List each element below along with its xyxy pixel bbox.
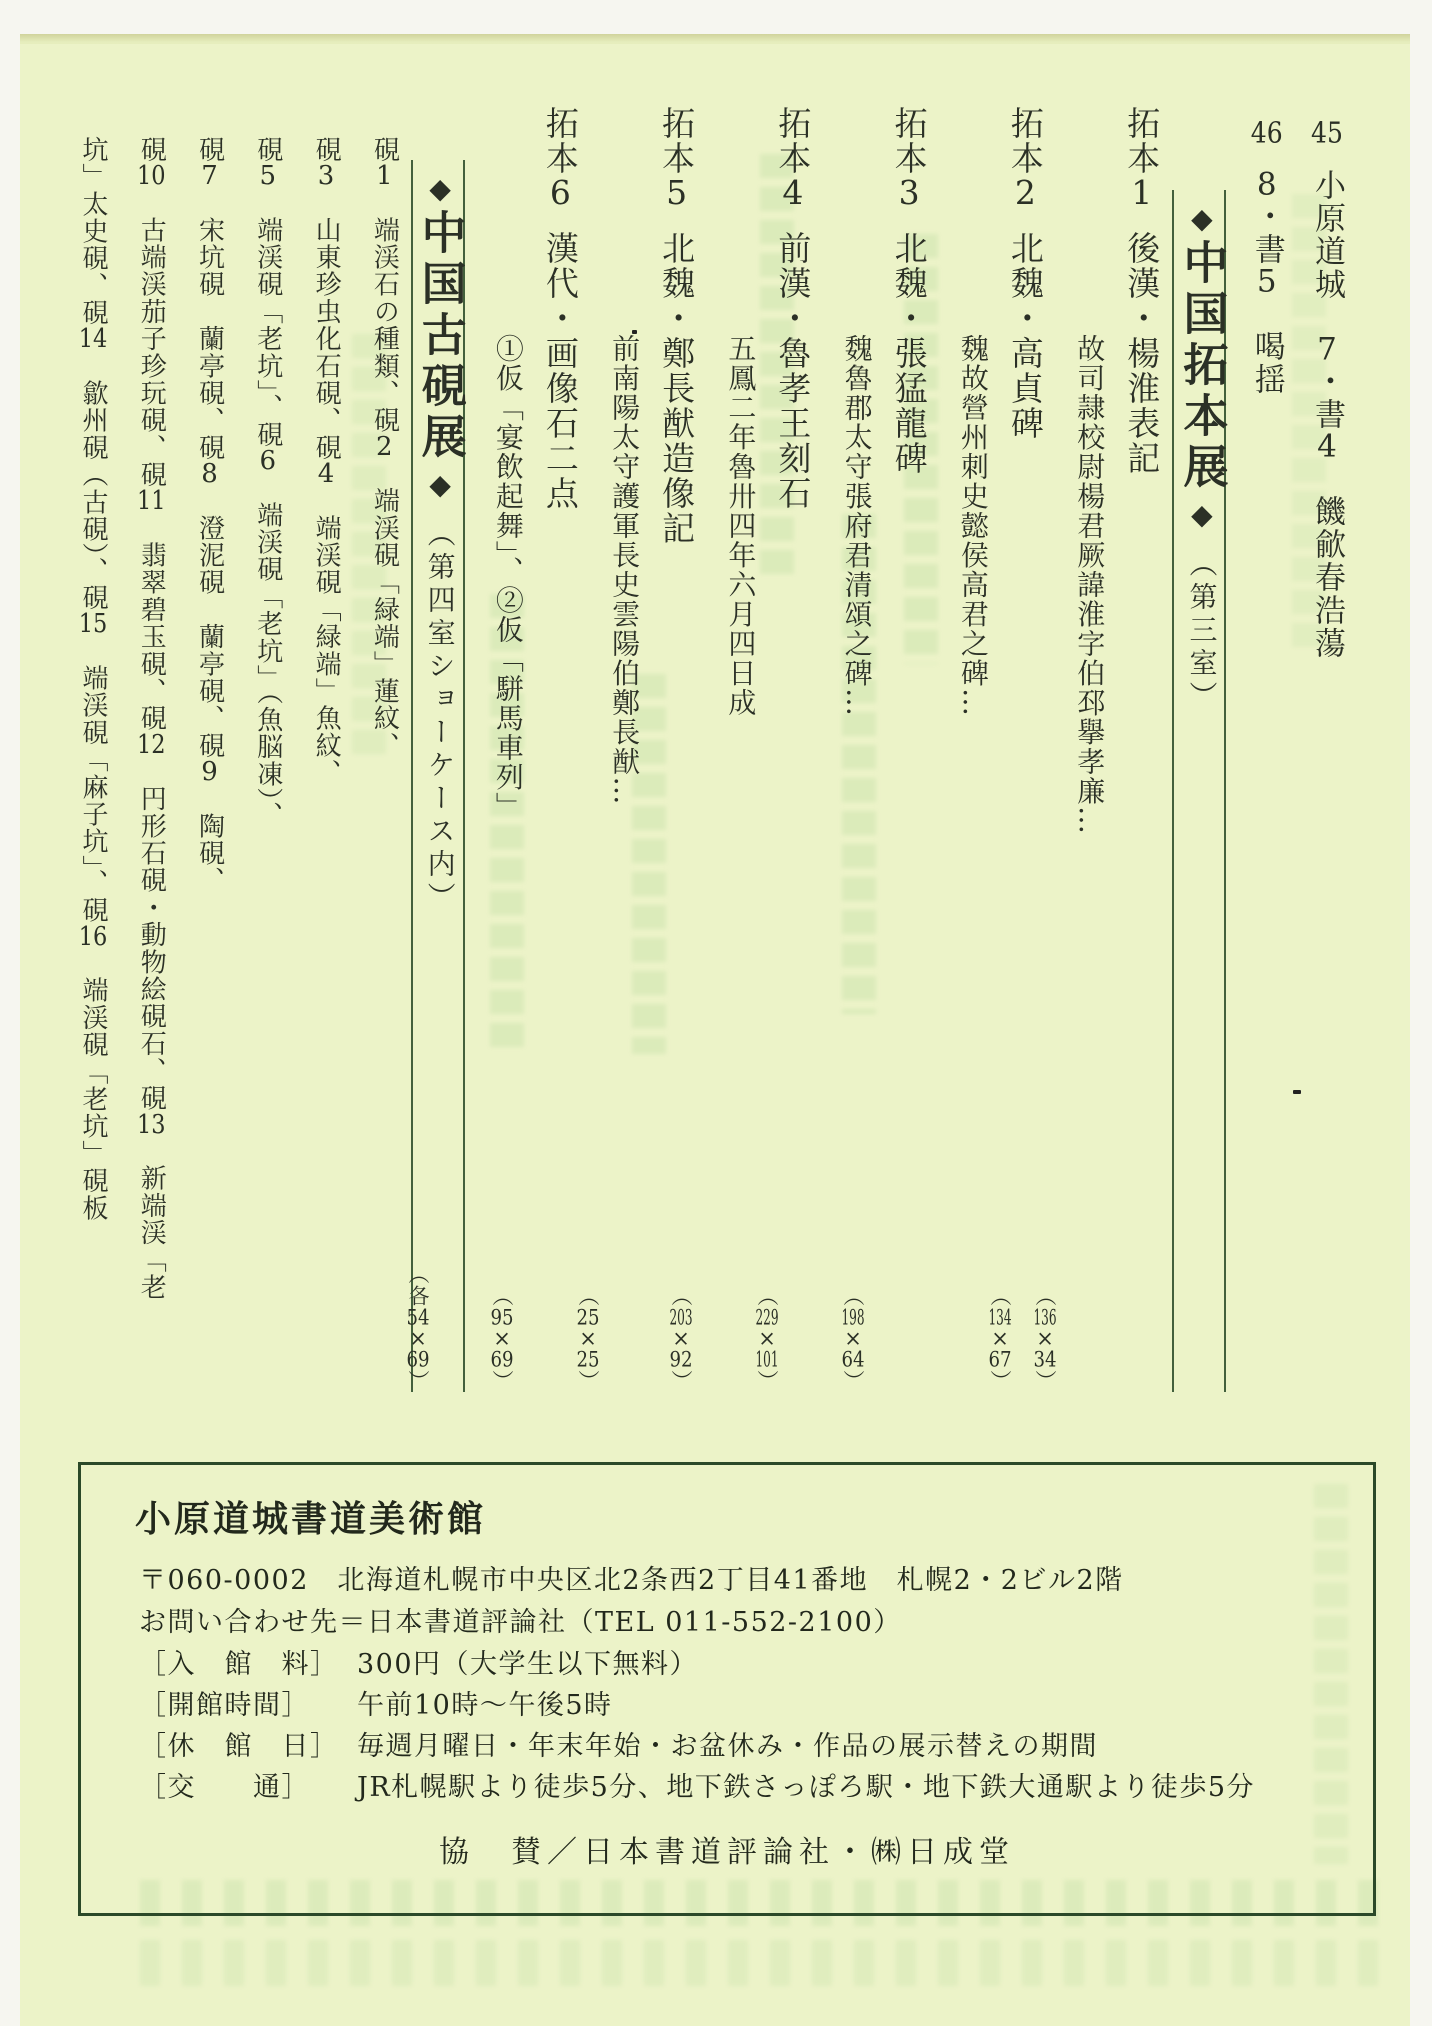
number-run: 8	[1249, 169, 1285, 200]
scan-edge-artifact	[20, 34, 1410, 44]
rubbing-exhibition-title-label: 中国拓本展	[1175, 239, 1228, 494]
number-run: 5	[253, 163, 283, 189]
museum-name: 小原道城書道美術館	[135, 1491, 1373, 1542]
rubbing-exhibition-title-room: （第三室）	[1185, 535, 1218, 714]
number-run: 25	[576, 1349, 600, 1370]
info-row-access: ［交 通］JR札幌駅より徒歩5分、地下鉄さっぽろ駅・地下鉄大通駅より徒歩5分	[139, 1769, 1373, 1807]
info-row-hours: ［開館時間］午前10時～午後5時	[139, 1687, 1373, 1725]
number-run: 10	[136, 163, 166, 189]
museum-address: 〒060-0002 北海道札幌市中央区北2条西2丁目41番地 札幌2・2ビル2階	[139, 1562, 1373, 1600]
number-run: 12	[136, 732, 166, 758]
diamond-icon: ◆	[424, 464, 457, 505]
number-run: 69	[490, 1349, 514, 1370]
item-era-title: 前漢・魯孝王刻石	[773, 209, 812, 511]
exhibition-list-block: 45小原道城 7・書4 饑歈春浩蕩468・書5 喝揺◆中国拓本展◆（第三室）拓本…	[58, 106, 1350, 1394]
rubbing-item-description: 五鳳二年魯卅四年六月四日成	[704, 106, 760, 1394]
rubbing-item-label: 拓本3北魏・張猛龍碑	[877, 106, 933, 1394]
item-era-title: 北魏・張猛龍碑	[890, 209, 929, 476]
rubbing-item-description: 故司隷校尉楊君厥諱淮字伯邳擧孝廉…	[1053, 106, 1109, 1394]
inkstone-exhibition-title-label: 中国古硯展	[414, 209, 467, 464]
info-row-value: 午前10時～午後5時	[357, 1690, 613, 1721]
number-run: 8	[195, 461, 225, 487]
number-run: 13	[136, 1112, 166, 1138]
rubbing-item-description: 前南陽太守護軍長史雲陽伯鄭長猷…	[588, 106, 644, 1394]
item-era-title: 後漢・楊淮表記	[1122, 209, 1161, 476]
number-run: 7	[195, 163, 225, 189]
item-era-title: 北魏・鄭長猷造像記	[657, 209, 696, 546]
info-row-value: 300円（大学生以下無料）	[357, 1649, 698, 1680]
museum-info-lines: 〒060-0002 北海道札幌市中央区北2条西2丁目41番地 札幌2・2ビル2階…	[139, 1562, 1373, 1807]
number-run: 101	[755, 1349, 779, 1370]
inkstone-list-column: 硯7 宋坑硯 蘭亭硯、硯8 澄泥硯 蘭亭硯、硯9 陶硯、	[175, 106, 229, 1394]
number-run: 11	[136, 488, 166, 514]
diamond-icon: ◆	[424, 168, 457, 209]
work-dimensions: （229×101）	[752, 1285, 782, 1392]
number-run: 14	[78, 326, 108, 352]
item-label-word: 拓本	[1122, 106, 1161, 176]
work-dimensions: （136×34）	[1030, 1285, 1060, 1392]
rubbing-item-label: 拓本5北魏・鄭長猷造像記	[644, 106, 700, 1394]
number-run: ×	[841, 1328, 865, 1349]
work-dimensions: （198×64）	[838, 1285, 868, 1392]
number-run: ×	[576, 1328, 600, 1349]
item-number: 5	[657, 176, 696, 209]
rubbing-item: 拓本4前漢・魯孝王刻石五鳳二年魯卅四年六月四日成	[704, 106, 816, 1394]
number-run: 7	[1309, 334, 1345, 365]
item-number: 2	[1006, 176, 1045, 209]
number-run: ×	[669, 1328, 693, 1349]
number-run: 5	[1249, 266, 1285, 297]
item-number: 1	[1122, 176, 1161, 209]
work-number: 45	[1310, 118, 1344, 147]
rubbing-item-description: ①仮「宴飲起舞」、②仮「駢馬車列」	[472, 106, 528, 1394]
number-run: ×	[490, 1328, 514, 1349]
work-dimensions: （25×25）	[573, 1285, 603, 1392]
item-era-title: 漢代・画像石二点	[541, 209, 580, 511]
scanned-page-canvas: 45小原道城 7・書4 饑歈春浩蕩468・書5 喝揺◆中国拓本展◆（第三室）拓本…	[0, 0, 1432, 2026]
item-label-word: 拓本	[890, 106, 929, 176]
rubbing-item-description: 魏魯郡太守張府君清頌之碑…	[821, 106, 877, 1394]
rubbing-exhibition-title: ◆中国拓本展◆（第三室）	[1169, 106, 1229, 1394]
work-number: 46	[1250, 118, 1284, 147]
rubbing-item: 拓本6漢代・画像石二点①仮「宴飲起舞」、②仮「駢馬車列」	[472, 106, 584, 1394]
item-label-word: 拓本	[1006, 106, 1045, 176]
number-run: ×	[755, 1328, 779, 1349]
number-run: 198	[841, 1307, 865, 1328]
rubbing-item: 拓本3北魏・張猛龍碑魏魯郡太守張府君清頌之碑…	[821, 106, 933, 1394]
rubbing-item-label: 拓本1後漢・楊淮表記	[1109, 106, 1165, 1394]
number-run: 15	[78, 611, 108, 637]
rubbing-item-label: 拓本6漢代・画像石二点	[528, 106, 584, 1394]
info-row-label: ［休 館 日］	[139, 1728, 335, 1766]
info-row-label: ［開館時間］	[139, 1687, 335, 1725]
info-row-closed: ［休 館 日］毎週月曜日・年末年始・お盆休み・作品の展示替えの期間	[139, 1728, 1373, 1766]
number-run: ×	[1033, 1328, 1057, 1349]
rubbing-item: 拓本1後漢・楊淮表記故司隷校尉楊君厥諱淮字伯邳擧孝廉…	[1053, 106, 1165, 1394]
number-run: 16	[78, 924, 108, 950]
number-run: 9	[195, 759, 225, 785]
number-run: 2	[369, 434, 399, 460]
inkstone-list-column: 硯1 端渓石の種類、硯2 端渓硯「緑端」蓮紋、	[349, 106, 403, 1394]
inkstone-list-column: 坑」太史硯、硯14 歙州硯（古硯）、硯15 端渓硯「麻子坑」、硯16 端渓硯「老…	[58, 106, 112, 1394]
number-run: 134	[988, 1307, 1012, 1328]
info-row-admission: ［入 館 料］300円（大学生以下無料）	[139, 1646, 1373, 1684]
number-run: 6	[253, 448, 283, 474]
number-run: 64	[841, 1349, 865, 1370]
number-run: 3	[311, 163, 341, 189]
rubbing-item: 拓本5北魏・鄭長猷造像記前南陽太守護軍長史雲陽伯鄭長猷…	[588, 106, 700, 1394]
sponsor-line: 協 賛／日本書道評論社・㈱日成堂	[81, 1827, 1373, 1871]
number-run: ×	[406, 1328, 430, 1349]
inkstone-exhibition-title: ◆中国古硯展◆（第四室ショーケース内）	[408, 106, 468, 1394]
inkstone-exhibition-title-text: ◆中国古硯展◆（第四室ショーケース内）	[408, 106, 473, 915]
number-run: 229	[755, 1307, 779, 1328]
number-run: 203	[669, 1307, 693, 1328]
rubbing-exhibition-title-text: ◆中国拓本展◆（第三室）	[1169, 106, 1234, 714]
work-title: 8・書5 喝揺	[1249, 147, 1285, 396]
item-label-word: 拓本	[657, 106, 696, 176]
number-run: 1	[369, 163, 399, 189]
work-dimensions: （134×67）	[985, 1285, 1015, 1392]
rubbing-item-label: 拓本2北魏・高貞碑	[993, 106, 1049, 1394]
diamond-icon: ◆	[1185, 494, 1218, 535]
museum-contact: お問い合わせ先＝日本書道評論社（TEL 011-552-2100）	[139, 1604, 1373, 1642]
worklist-item: 45小原道城 7・書4 饑歈春浩蕩	[1294, 106, 1350, 1394]
diamond-icon: ◆	[1185, 198, 1218, 239]
item-label-word: 拓本	[773, 106, 812, 176]
number-run: 95	[490, 1307, 514, 1328]
inkstone-list-column: 硯10 古端渓茄子珍玩硯、硯11 翡翠碧玉硯、硯12 円形石硯・動物絵硯石、硯1…	[116, 106, 170, 1394]
info-row-value: JR札幌駅より徒歩5分、地下鉄さっぽろ駅・地下鉄大通駅より徒歩5分	[357, 1772, 1255, 1803]
number-run: 34	[1033, 1349, 1057, 1370]
item-label-word: 拓本	[541, 106, 580, 176]
rubbing-item-label: 拓本4前漢・魯孝王刻石	[760, 106, 816, 1394]
rubbing-item-description: 魏故營州刺史懿侯高君之碑…	[937, 106, 993, 1394]
museum-info-box: 小原道城書道美術館 〒060-0002 北海道札幌市中央区北2条西2丁目41番地…	[78, 1462, 1376, 1916]
number-run: 4	[311, 461, 341, 487]
info-row-label: ［入 館 料］	[139, 1646, 335, 1684]
item-number: 3	[890, 176, 929, 209]
inkstone-list-column: 硯5 端渓硯「老坑」、硯6 端渓硯「老坑」（魚脳凍）、	[233, 106, 287, 1394]
info-row-label: ［交 通］	[139, 1769, 335, 1807]
work-dimensions: （95×69）	[487, 1285, 517, 1392]
item-number: 6	[541, 176, 580, 209]
rubbing-item: 拓本2北魏・高貞碑魏故營州刺史懿侯高君之碑…	[937, 106, 1049, 1394]
worklist-item: 468・書5 喝揺	[1234, 106, 1290, 1394]
bleedthrough-artifact	[140, 1940, 1380, 1986]
number-run: 4	[1309, 431, 1345, 462]
number-run: ×	[988, 1328, 1012, 1349]
item-number: 4	[773, 176, 812, 209]
number-run: 54	[406, 1307, 430, 1328]
inkstone-list-column: 硯3 山東珍虫化石硯、硯4 端渓硯「緑端」魚紋、	[291, 106, 345, 1394]
number-run: 69	[406, 1349, 430, 1370]
number-run: 25	[576, 1307, 600, 1328]
info-row-value: 毎週月曜日・年末年始・お盆休み・作品の展示替えの期間	[357, 1731, 1098, 1762]
work-dimensions: （各54×69）	[403, 1263, 433, 1392]
work-dimensions: （203×92）	[666, 1285, 696, 1392]
flyer-page: 45小原道城 7・書4 饑歈春浩蕩468・書5 喝揺◆中国拓本展◆（第三室）拓本…	[20, 34, 1410, 2026]
work-title: 小原道城 7・書4 饑歈春浩蕩	[1309, 147, 1345, 660]
number-run: 67	[988, 1349, 1012, 1370]
number-run: 136	[1033, 1307, 1057, 1328]
item-era-title: 北魏・高貞碑	[1006, 209, 1045, 441]
number-run: 92	[669, 1349, 693, 1370]
inkstone-exhibition-title-room: （第四室ショーケース内）	[424, 505, 457, 915]
